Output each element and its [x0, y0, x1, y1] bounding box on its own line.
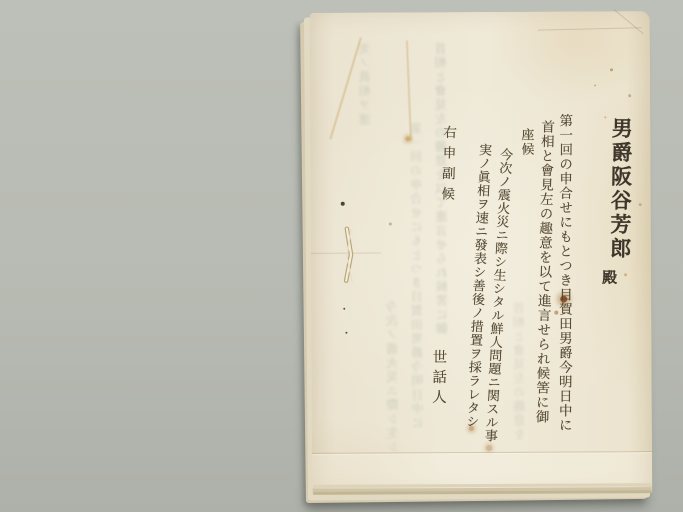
foxing-stain: [639, 203, 642, 206]
foxing-stain: [628, 94, 631, 97]
under-page-band: [312, 452, 652, 488]
body-column-1: 第一回の申合せにもとつき目賀田男爵今明日中に: [554, 114, 575, 433]
ink-speck: [345, 332, 347, 334]
ghost-column: 実ノ眞相ヲ速ニ發表シ善後ノ措置ヲ採ラレタシ: [356, 43, 371, 135]
ghost-column: 首相と會見左の趣意を以て進言せられ候筈に御: [510, 302, 526, 452]
drip-stain: [329, 37, 361, 139]
foxing-stain: [486, 445, 492, 451]
document-page: 首相と會見左の趣意を以て進言せられ候筈に御 第一回の申合せにもとつき目賀田男爵今…: [310, 11, 653, 495]
foxing-stain: [594, 84, 596, 86]
binding-thread: [341, 227, 357, 285]
addressee-honorific: 殿: [599, 269, 620, 284]
ghost-column: 第一回の申合せにもとつき目賀田男爵今明日中に: [407, 122, 424, 462]
foxing-stain: [389, 222, 392, 225]
ink-speck: [341, 202, 345, 206]
addressee-name: 男爵阪谷芳郎: [605, 117, 637, 261]
foxing-stain: [405, 136, 410, 141]
ink-speck: [343, 308, 345, 310]
ghost-column: 今次ノ震火災ニ際シ生シタル鮮人問題ニ関スル事: [383, 300, 399, 455]
signature-sewanin: 世話人: [428, 349, 450, 409]
foxing-stain: [624, 273, 627, 276]
body-column-2: 首相と會見左の趣意を以て進言せられ候筈に御: [530, 119, 556, 424]
body-column-3: 座候: [516, 128, 535, 157]
foxing-stain: [610, 68, 613, 71]
fold-crease-top: [538, 27, 642, 30]
ghost-text-layer: 首相と會見左の趣意を以て進言せられ候筈に御 第一回の申合せにもとつき目賀田男爵今…: [310, 11, 650, 13]
photo-backdrop: 首相と會見左の趣意を以て進言せられ候筈に御 第一回の申合せにもとつき目賀田男爵今…: [0, 0, 683, 512]
corner-fold-crease: [614, 9, 644, 34]
page-stack-edge: [313, 487, 651, 492]
body-column-6: 右申副候: [436, 125, 458, 208]
drip-stain: [406, 40, 412, 140]
